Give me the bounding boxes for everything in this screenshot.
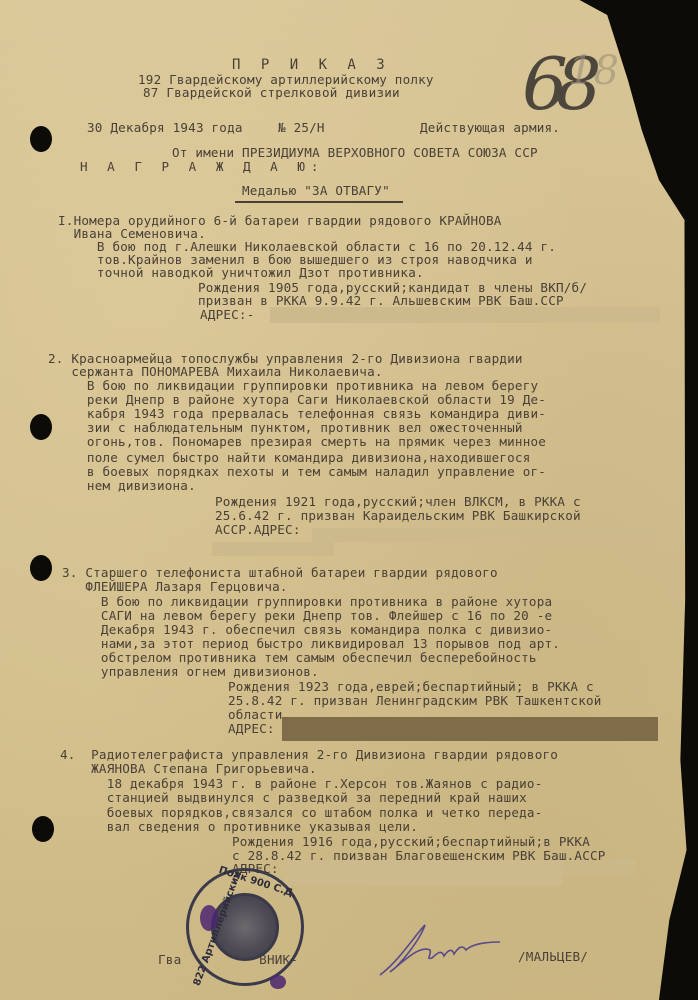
- entry-line: ЖАЯНОВА Степана Григорьевича.: [60, 762, 317, 776]
- medal-heading: Медалью "ЗА ОТВАГУ": [242, 184, 390, 198]
- medal-underline: [235, 201, 403, 203]
- entry-line: Декабря 1943 г. обеспечил связь командир…: [62, 623, 552, 637]
- redacted-address: [212, 542, 334, 556]
- redacted-address: [563, 860, 635, 876]
- order-date: 30 Декабря 1943 года: [87, 121, 243, 135]
- bio-line: Рождения 1923 года,еврей;беспартийный; в…: [228, 680, 594, 694]
- entry-line: обстрелом противника тем самым обеспечил…: [62, 651, 537, 665]
- entry-line: кабря 1943 года прервалась телефонная св…: [48, 407, 546, 421]
- order-location: Действующая армия.: [420, 121, 560, 135]
- bio-line: Рождения 1916 года,русский;беспартийный;…: [232, 835, 590, 849]
- entry-line: нами,за этот период быстро ликвидировал …: [62, 637, 560, 651]
- entry-line: В бою по ликвидации группировки противни…: [48, 379, 538, 393]
- redacted-address: [312, 528, 662, 542]
- entry-line: 18 декабря 1943 г. в районе г.Херсон тов…: [60, 777, 543, 791]
- entry-line: В бою по ликвидации группировки противни…: [62, 595, 552, 609]
- entry-line: управления огнем дивизионов.: [62, 665, 319, 679]
- address-label: АССР.АДРЕС:: [215, 523, 301, 537]
- entry-line: зии с наблюдательным пунктом, противник …: [48, 421, 523, 435]
- entry-line: точной наводкой уничтожил Дзот противник…: [58, 266, 424, 280]
- document-title: П Р И К А З: [232, 58, 391, 72]
- order-number: № 25/Н: [278, 121, 325, 135]
- bio-line: области.: [228, 708, 290, 722]
- entry-line: реки Днепр в районе хутора Саги Николаев…: [48, 393, 546, 407]
- bio-line: 25.8.42 г. призван Ленинградским РВК Таш…: [228, 694, 602, 708]
- entry-line: огонь,тов. Пономарев презирая смерть на …: [48, 435, 546, 449]
- entry-line: сержанта ПОНОМАРЕВА Михаила Николаевича.: [48, 365, 383, 379]
- entry-line: вал сведения о противнике указывая цели.: [60, 820, 418, 834]
- punch-hole: [30, 126, 52, 152]
- bio-line: призван в РККА 9.9.42 г. Альшевским РВК …: [198, 294, 564, 308]
- entry-line: нем дивизиона.: [48, 479, 196, 493]
- address-label: АДРЕС:-: [200, 308, 254, 322]
- bio-line: 25.6.42 г. призван Караидельским РВК Баш…: [215, 509, 581, 523]
- award-verb: Н А Г Р А Ж Д А Ю:: [80, 160, 324, 174]
- signature-icon: [370, 920, 510, 980]
- redacted-address: [282, 717, 658, 741]
- entry-line: ФЛЕЙШЕРА Лазаря Герцовича.: [62, 580, 288, 594]
- entry-line: станцией выдвинулся с разведкой за перед…: [60, 791, 527, 805]
- header-division: 87 Гвардейской стрелковой дивизии: [143, 86, 400, 100]
- entry-line: в боевых порядках пехоты и тем самым нал…: [48, 465, 546, 479]
- ink-blot: [270, 975, 286, 989]
- punch-hole: [30, 555, 52, 581]
- signer-name: /МАЛЬЦЕВ/: [518, 950, 588, 964]
- bio-line: Рождения 1921 года,русский;член ВЛКСМ, в…: [215, 495, 581, 509]
- redacted-address: [285, 860, 563, 886]
- preamble: От имени ПРЕЗИДИУМА ВЕРХОВНОГО СОВЕТА СО…: [172, 146, 538, 160]
- handwritten-faint-number: 18: [568, 48, 619, 94]
- entry-line: САГИ на левом берегу реки Днепр тов. Фле…: [62, 609, 552, 623]
- entry-line: боевых порядков,связался со штабом полка…: [60, 806, 543, 820]
- ink-blot: [200, 905, 218, 931]
- punch-hole: [32, 816, 54, 842]
- entry-line: поле сумел быстро найти командира дивизи…: [48, 451, 531, 465]
- entry-line: 3. Старшего телефониста штабной батареи …: [62, 566, 498, 580]
- redacted-address: [270, 307, 660, 323]
- entry-line: 4. Радиотелеграфиста управления 2-го Див…: [60, 748, 558, 762]
- address-label: АДРЕС:: [228, 722, 275, 736]
